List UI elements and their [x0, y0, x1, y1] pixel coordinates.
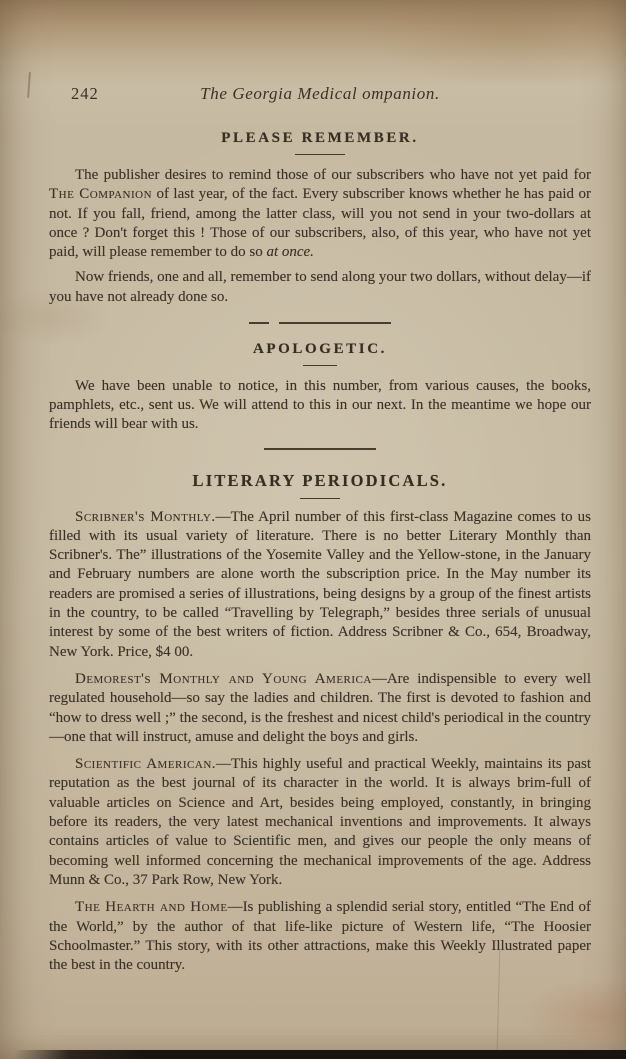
paragraph: Now friends, one and all, remember to se…	[49, 268, 591, 307]
paragraph: The publisher desires to remind those of…	[49, 166, 591, 262]
section-literary-periodicals: LITERARY PERIODICALS.Scribner's Monthly.…	[49, 448, 591, 976]
small-caps-run: The Companion	[49, 186, 152, 202]
paragraph: The Hearth and Home—Is publishing a sple…	[49, 898, 591, 975]
text-run: The publisher desires to remind those of…	[75, 167, 591, 183]
section-heading: PLEASE REMEMBER.	[49, 130, 591, 147]
small-caps-run: The Hearth and Home	[75, 899, 228, 915]
paragraph: We have been unable to notice, in this n…	[49, 377, 591, 435]
paragraph: Scribner's Monthly.—The April number of …	[49, 508, 591, 662]
section-please-remember: PLEASE REMEMBER.The publisher desires to…	[49, 130, 591, 307]
divider-rule	[279, 322, 391, 324]
divider-rule	[264, 448, 376, 450]
page-body: PLEASE REMEMBER.The publisher desires to…	[49, 130, 591, 975]
heading-rule	[300, 498, 340, 499]
text-run: We have been unable to notice, in this n…	[49, 378, 591, 433]
section-heading: APOLOGETIC.	[49, 341, 591, 358]
page-header: 242 The Georgia Medical ompanion.	[49, 84, 591, 106]
paragraph: Scientific American.—This highly useful …	[49, 755, 591, 890]
italic-run: at once.	[266, 244, 313, 260]
heading-rule	[303, 365, 337, 366]
divider-dash	[249, 322, 269, 324]
heading-rule	[295, 154, 345, 155]
text-run: —This highly useful and practical Weekly…	[49, 756, 591, 888]
book-bottom-edge	[14, 1050, 626, 1059]
small-caps-run: Demorest's Monthly and Young America	[75, 671, 372, 687]
paragraph: Demorest's Monthly and Young America—Are…	[49, 670, 591, 747]
section-divider	[49, 448, 591, 450]
text-run: Now friends, one and all, remember to se…	[49, 269, 591, 304]
section-divider	[49, 322, 591, 324]
small-caps-run: Scribner's Monthly.	[75, 509, 216, 525]
running-title: The Georgia Medical ompanion.	[49, 84, 591, 104]
scanned-book-page: 242 The Georgia Medical ompanion. PLEASE…	[0, 0, 626, 1059]
page-content: 242 The Georgia Medical ompanion. PLEASE…	[49, 84, 591, 983]
section-apologetic: APOLOGETIC.We have been unable to notice…	[49, 322, 591, 435]
text-run: —The April number of this first-class Ma…	[49, 509, 591, 660]
small-caps-run: Scientific American.	[75, 756, 216, 772]
paper-scratch-mark	[27, 72, 31, 98]
section-heading: LITERARY PERIODICALS.	[49, 471, 591, 491]
